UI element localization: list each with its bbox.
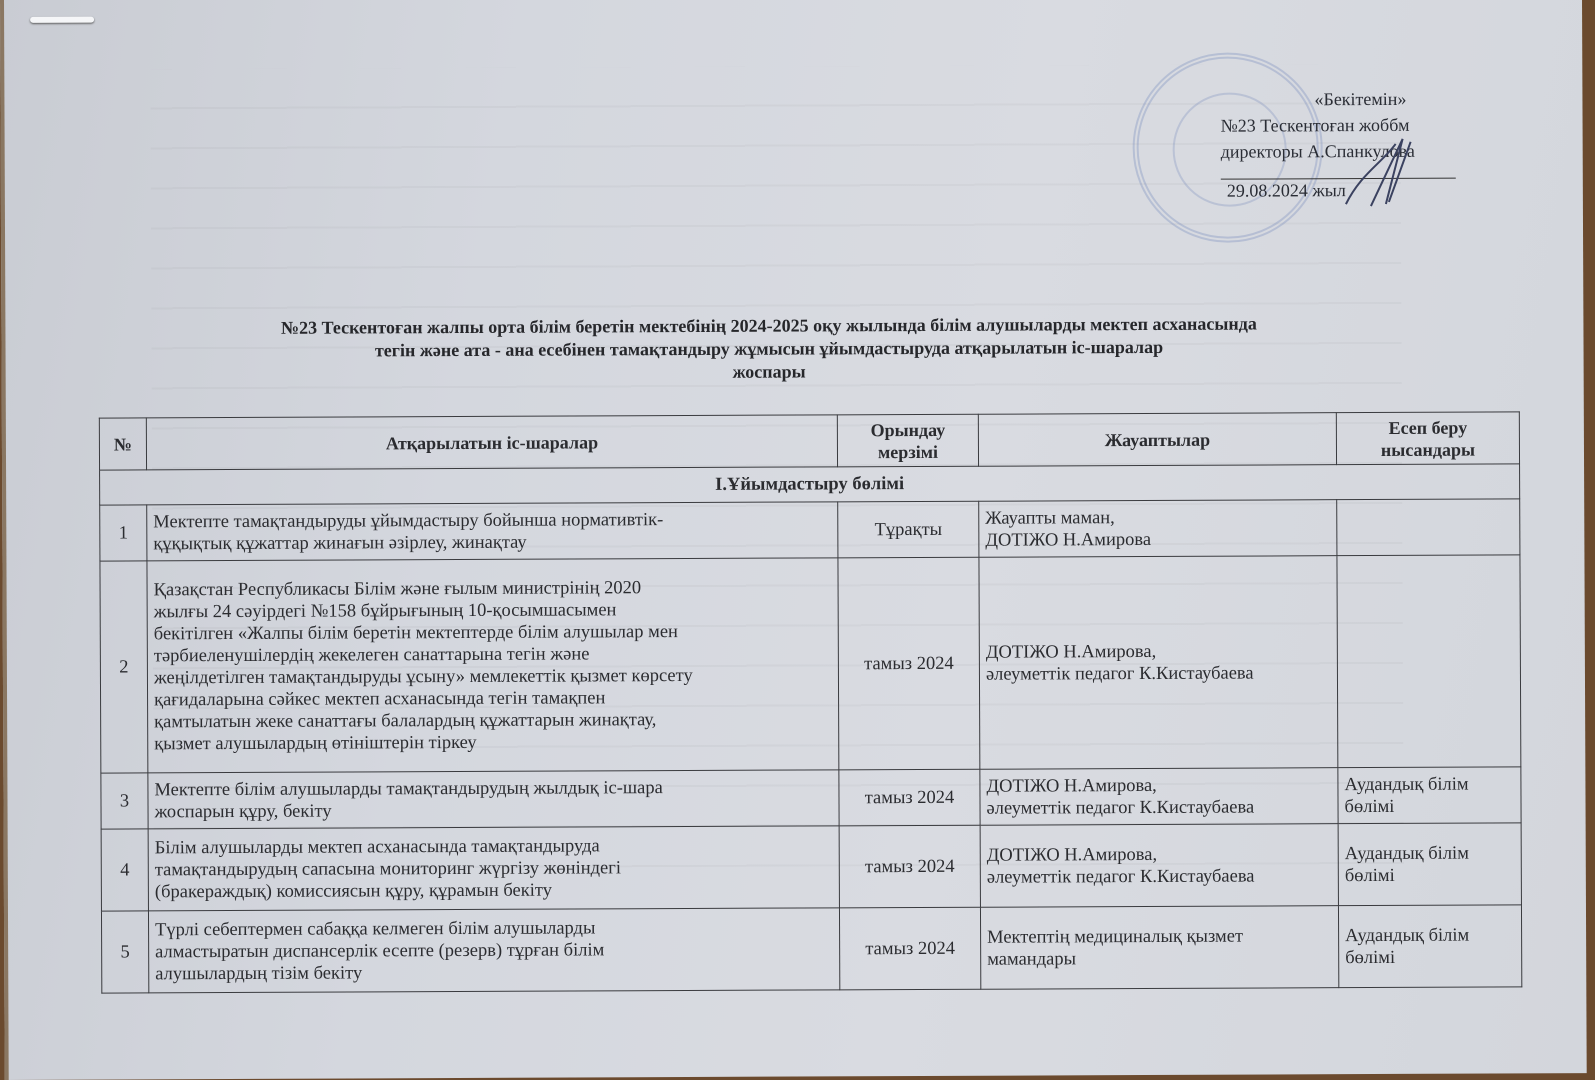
row-report	[1337, 499, 1520, 556]
row-activity: Түрлі себептермен сабаққа келмеген білім…	[148, 908, 839, 993]
table-row: 3 Мектепте білім алушыларды тамақтандыру…	[101, 767, 1521, 829]
row-deadline: тамыз 2024	[839, 825, 980, 908]
title-line-3: жоспары	[152, 358, 1387, 386]
table-row: 5 Түрлі себептермен сабаққа келмеген біл…	[101, 905, 1521, 993]
table-row: 2 Қазақстан Республикасы Білім және ғылы…	[100, 555, 1521, 773]
row-deadline: Тұрақты	[838, 501, 979, 558]
page-edge	[0, 0, 9, 1080]
activity-line: тәрбиеленушілердің жекелеген санаттарына…	[154, 642, 832, 667]
activity-line: қағидаларына сәйкес мектеп асханасында т…	[154, 686, 832, 711]
activity-line: бекітілген «Жалпы білім беретін мектепте…	[154, 620, 832, 645]
report-line: Аудандық білім	[1344, 773, 1514, 796]
row-responsible: ДОТІЖО Н.Амирова, әлеуметтік педагог К.К…	[980, 824, 1338, 908]
row-deadline: тамыз 2024	[839, 769, 980, 826]
responsible-line: әлеуметтік педагог К.Кистаубаева	[986, 796, 1331, 820]
table-header-row: № Атқарылатын іс-шаралар Орындау мерзімі…	[99, 412, 1519, 470]
activities-table: № Атқарылатын іс-шаралар Орындау мерзімі…	[99, 411, 1522, 993]
row-activity: Білім алушыларды мектеп асханасында тама…	[148, 826, 839, 911]
header-deadline-line1: Орындау	[844, 418, 972, 441]
responsible-line: ДОТІЖО Н.Амирова,	[986, 774, 1331, 798]
header-num: №	[99, 418, 146, 470]
row-report	[1337, 555, 1521, 768]
report-line: Аудандық білім	[1345, 924, 1515, 947]
report-line: Аудандық білім	[1345, 842, 1515, 865]
activity-line: Мектепте тамақтандыруды ұйымдастыру бойы…	[153, 508, 831, 533]
responsible-line: әлеуметтік педагог К.Кистаубаева	[986, 662, 1331, 686]
row-activity: Қазақстан Республикасы Білім және ғылым …	[147, 558, 839, 773]
row-responsible: Жауапты маман, ДОТІЖО Н.Амирова	[979, 500, 1337, 558]
row-num: 1	[100, 505, 147, 561]
header-deadline-line2: мерзімі	[844, 440, 972, 463]
approval-label: «Бекітемін»	[1220, 86, 1460, 113]
report-line: бөлімі	[1345, 864, 1515, 887]
activity-line: алушылардың тізім бекіту	[155, 960, 833, 985]
row-num: 4	[101, 829, 148, 911]
activity-line: қызмет алушылардың өтініштерін тіркеу	[154, 730, 832, 755]
header-activity: Атқарылатын іс-шаралар	[146, 415, 837, 470]
activity-line: Түрлі себептермен сабаққа келмеген білім…	[155, 916, 833, 941]
activity-line: жоспарын құру, бекіту	[154, 798, 832, 823]
report-line: бөлімі	[1344, 795, 1514, 818]
row-responsible: ДОТІЖО Н.Амирова, әлеуметтік педагог К.К…	[980, 768, 1338, 826]
responsible-line: әлеуметтік педагог К.Кистаубаева	[987, 865, 1332, 889]
responsible-line: ДОТІЖО Н.Амирова,	[987, 843, 1332, 867]
activity-line: тамақтандырудың сапасына мониторинг жүрг…	[155, 856, 833, 881]
activity-line: Білім алушыларды мектеп асханасында тама…	[155, 834, 833, 859]
responsible-line: Мектептің медициналық қызмет	[987, 925, 1332, 949]
paper-clip-mark	[30, 17, 94, 23]
activity-line: Қазақстан Республикасы Білім және ғылым …	[154, 576, 832, 601]
signature-icon	[1341, 134, 1421, 214]
table-row: 4 Білім алушыларды мектеп асханасында та…	[101, 823, 1521, 911]
row-responsible: Мектептің медициналық қызмет мамандары	[980, 906, 1338, 990]
activity-line: жеңілдетілген тамақтандыруды ұсыну» мемл…	[154, 664, 832, 689]
header-responsible: Жауаптылар	[978, 413, 1336, 467]
row-responsible: ДОТІЖО Н.Амирова, әлеуметтік педагог К.К…	[979, 556, 1338, 770]
row-num: 3	[101, 773, 148, 829]
document-page: «Бекітемін» №23 Тескентоған жоббм директ…	[0, 0, 1587, 1080]
activity-line: алмастыратын диспансерлік есепте (резерв…	[155, 938, 833, 963]
row-activity: Мектепте білім алушыларды тамақтандыруды…	[148, 770, 839, 829]
report-line: бөлімі	[1345, 946, 1515, 969]
row-report: Аудандық білім бөлімі	[1338, 767, 1521, 824]
activity-line: жылғы 24 сәуірдегі №158 бұйрығының 10-қо…	[154, 598, 832, 623]
responsible-line: ДОТІЖО Н.Амирова	[985, 528, 1330, 552]
document-title: №23 Тескентоған жалпы орта білім беретін…	[151, 312, 1386, 386]
header-report-line2: нысандары	[1343, 438, 1513, 461]
row-deadline: тамыз 2024	[839, 907, 980, 990]
header-deadline: Орындау мерзімі	[837, 414, 978, 467]
row-num: 2	[100, 561, 148, 773]
responsible-line: Жауапты маман,	[985, 506, 1330, 530]
responsible-line: ДОТІЖО Н.Амирова,	[986, 640, 1331, 664]
row-num: 5	[101, 911, 148, 993]
activity-line: Мектепте білім алушыларды тамақтандыруды…	[154, 776, 832, 801]
activity-line: құқықтық құжаттар жинағын әзірлеу, жинақ…	[153, 530, 831, 555]
row-report: Аудандық білім бөлімі	[1338, 905, 1521, 988]
activity-line: (бракераждық) комиссиясын құру, құрамын …	[155, 878, 833, 903]
table-row: 1 Мектепте тамақтандыруды ұйымдастыру бо…	[100, 499, 1520, 561]
row-report: Аудандық білім бөлімі	[1338, 823, 1521, 906]
header-report-line1: Есеп беру	[1343, 416, 1513, 439]
header-report: Есеп беру нысандары	[1336, 412, 1519, 465]
row-activity: Мектепте тамақтандыруды ұйымдастыру бойы…	[147, 502, 838, 561]
responsible-line: мамандары	[987, 947, 1332, 971]
activity-line: қамтылатын жеке санаттағы балалардың құж…	[154, 708, 832, 733]
row-deadline: тамыз 2024	[838, 557, 980, 770]
